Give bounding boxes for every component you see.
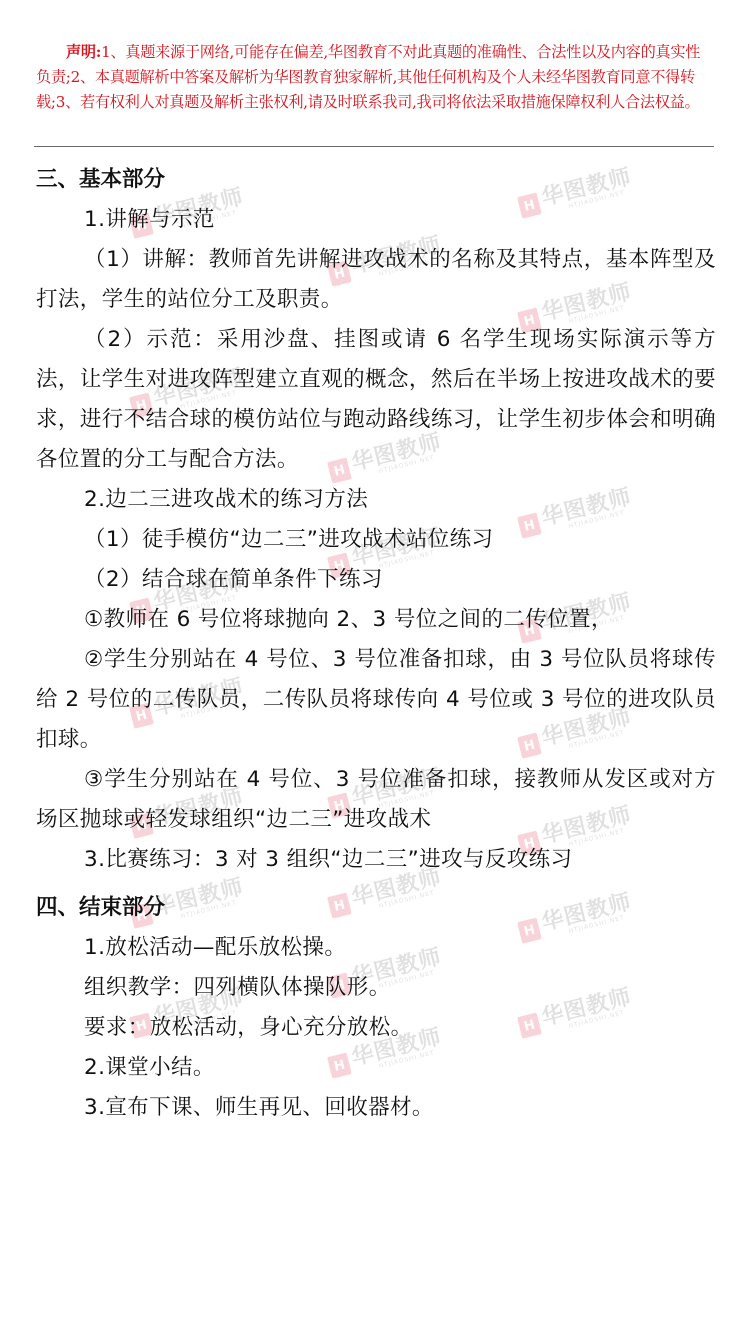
- subsection-title: 1.讲解与示范: [36, 200, 716, 240]
- list-item: ②学生分别站在 4 号位、3 号位准备扣球，由 3 号位队员将球传给 2 号位的…: [36, 640, 716, 760]
- list-item: （1）徒手模仿“边二三”进攻战术站位练习: [36, 520, 716, 560]
- list-item: ③学生分别站在 4 号位、3 号位准备扣球，接教师从发区或对方场区抛球或轻发球组…: [36, 760, 716, 840]
- subsection-title: 2.课堂小结。: [36, 1048, 716, 1088]
- disclaimer-lead: 声明:: [66, 43, 101, 61]
- section-heading-ending-part: 四、结束部分: [36, 888, 716, 928]
- subsection-title: 3.比赛练习：3 对 3 组织“边二三”进攻与反攻练习: [36, 840, 716, 880]
- subsection-title: 3.宣布下课、师生再见、回收器材。: [36, 1088, 716, 1128]
- list-item: 组织教学：四列横队体操队形。: [36, 968, 716, 1008]
- paragraph-explanation: （1）讲解：教师首先讲解进攻战术的名称及其特点，基本阵型及打法，学生的站位分工及…: [36, 240, 716, 320]
- list-item: （2）结合球在简单条件下练习: [36, 560, 716, 600]
- subsection-title: 1.放松活动—配乐放松操。: [36, 928, 716, 968]
- header-separator: [34, 146, 714, 147]
- disclaimer-text: 1、真题来源于网络,可能存在偏差,华图教育不对此真题的准确性、合法性以及内容的真…: [36, 43, 700, 111]
- list-item: ①教师在 6 号位将球抛向 2、3 号位之间的二传位置，: [36, 600, 716, 640]
- subsection-title: 2.边二三进攻战术的练习方法: [36, 480, 716, 520]
- document-body: 三、基本部分 1.讲解与示范 （1）讲解：教师首先讲解进攻战术的名称及其特点，基…: [36, 160, 716, 1128]
- paragraph-demonstration: （2）示范：采用沙盘、挂图或请 6 名学生现场实际演示等方法，让学生对进攻阵型建…: [36, 320, 716, 480]
- list-item: 要求：放松活动，身心充分放松。: [36, 1008, 716, 1048]
- section-heading-basic-part: 三、基本部分: [36, 160, 716, 200]
- copyright-disclaimer: 声明:1、真题来源于网络,可能存在偏差,华图教育不对此真题的准确性、合法性以及内…: [36, 40, 712, 115]
